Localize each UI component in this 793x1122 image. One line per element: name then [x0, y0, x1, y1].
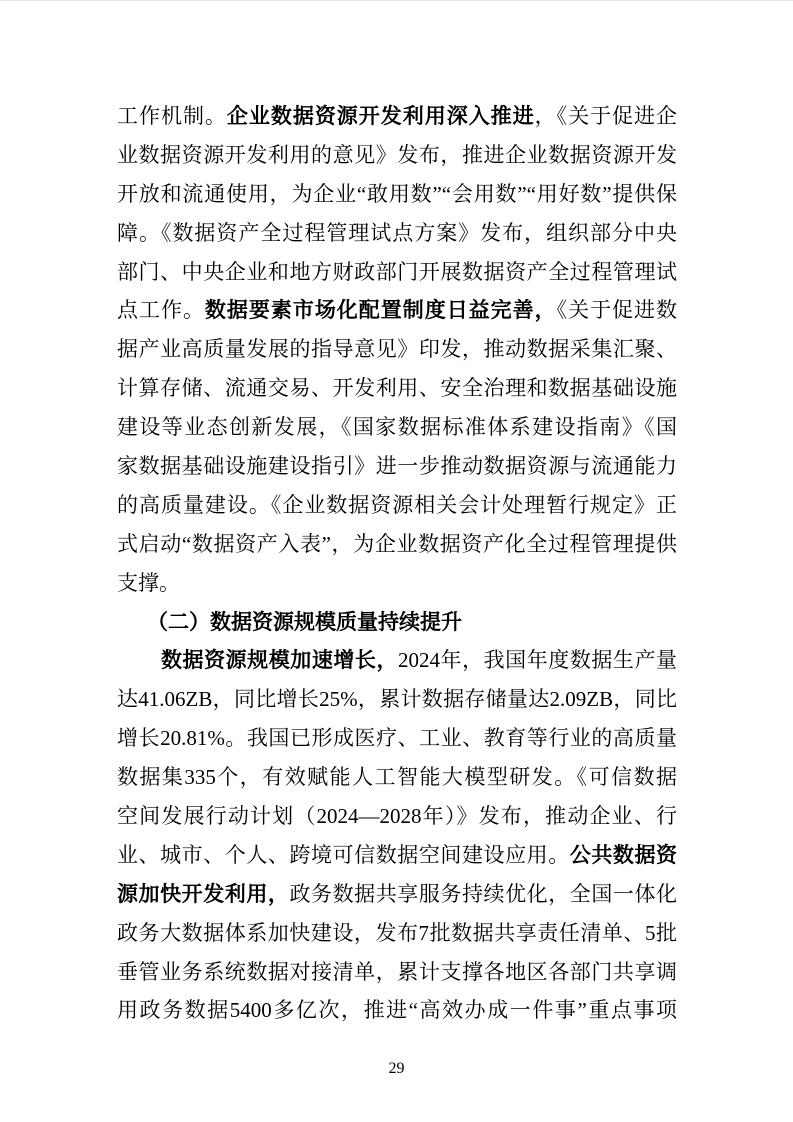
text-segment: 部门、中央企业和地方财政部门开展数据资产全过程管理试	[117, 260, 677, 284]
text-segment: 式启动“数据资产入表”，为企业数据资产化全过程管理提供	[117, 532, 677, 556]
text-segment: 空间发展行动计划（2024—2028年）》发布，推动企业、行	[117, 804, 677, 828]
bold-text-segment: 源加快开发利用，	[117, 882, 289, 906]
text-line-24: 用政务数据5400多亿次，推进“高效办成一件事”重点事项	[117, 991, 677, 1030]
text-line-22: 政务大数据体系加快建设，发布7批数据共享责任清单、5批	[117, 914, 677, 953]
document-page: 工作机制。企业数据资源开发利用深入推进，《关于促进企业数据资源开发利用的意见》发…	[0, 0, 793, 1122]
text-segment: 2024年，我国年度数据生产量	[398, 648, 677, 672]
text-line-12: 式启动“数据资产入表”，为企业数据资产化全过程管理提供	[117, 525, 677, 564]
text-segment: 数据集335个，有效赋能人工智能大模型研发。《可信数据	[117, 765, 677, 789]
bold-text-segment: （二）数据资源规模质量持续提升	[147, 610, 462, 634]
text-segment: 业数据资源开发利用的意见》发布，推进企业数据资源开发	[117, 143, 677, 167]
section-heading: （二）数据资源规模质量持续提升	[117, 603, 677, 642]
text-line-13: 支撑。	[117, 564, 677, 603]
text-segment: 政务数据共享服务持续优化，全国一体化	[289, 882, 677, 906]
text-segment: ，《关于促进企	[535, 104, 677, 128]
text-line-9: 建设等业态创新发展，《国家数据标准体系建设指南》《国	[117, 408, 677, 447]
text-line-2: 业数据资源开发利用的意见》发布，推进企业数据资源开发	[117, 136, 677, 175]
bold-text-segment: 企业数据资源开发利用深入推进	[227, 104, 535, 128]
page-number: 29	[0, 1059, 793, 1079]
text-line-18: 数据集335个，有效赋能人工智能大模型研发。《可信数据	[117, 758, 677, 797]
bold-text-segment: 数据资源规模加速增长，	[161, 648, 398, 672]
text-line-6: 点工作。数据要素市场化配置制度日益完善，《关于促进数	[117, 291, 677, 330]
text-segment: 计算存储、流通交易、开发利用、安全治理和数据基础设施	[117, 376, 677, 400]
text-line-4: 障。《数据资产全过程管理试点方案》发布，组织部分中央	[117, 214, 677, 253]
text-segment: 支撑。	[117, 571, 180, 595]
text-line-10: 家数据基础设施建设指引》进一步推动数据资源与流通能力	[117, 447, 677, 486]
text-segment: 开放和流通使用，为企业“敢用数”“会用数”“用好数”提供保	[117, 182, 677, 206]
text-line-8: 计算存储、流通交易、开发利用、安全治理和数据基础设施	[117, 369, 677, 408]
text-segment: 政务大数据体系加快建设，发布7批数据共享责任清单、5批	[117, 921, 677, 945]
text-line-19: 空间发展行动计划（2024—2028年）》发布，推动企业、行	[117, 797, 677, 836]
text-line-15: 数据资源规模加速增长，2024年，我国年度数据生产量	[117, 641, 677, 680]
text-segment: 据产业高质量发展的指导意见》印发，推动数据采集汇聚、	[117, 337, 677, 361]
text-segment: 业、城市、个人、跨境可信数据空间建设应用。	[117, 843, 570, 867]
body-text: 工作机制。企业数据资源开发利用深入推进，《关于促进企业数据资源开发利用的意见》发…	[117, 97, 677, 1030]
text-segment: 增长20.81%。我国已形成医疗、工业、教育等行业的高质量	[117, 726, 677, 750]
text-segment: 家数据基础设施建设指引》进一步推动数据资源与流通能力	[117, 454, 677, 478]
text-segment: 障。《数据资产全过程管理试点方案》发布，组织部分中央	[117, 221, 677, 245]
text-segment: 工作机制。	[117, 104, 227, 128]
text-line-1: 工作机制。企业数据资源开发利用深入推进，《关于促进企	[117, 97, 677, 136]
text-segment: 点工作。	[117, 298, 205, 322]
text-line-20: 业、城市、个人、跨境可信数据空间建设应用。公共数据资	[117, 836, 677, 875]
text-segment: 垂管业务系统数据对接清单，累计支撑各地区各部门共享调	[117, 960, 677, 984]
text-segment: 达41.06ZB，同比增长25%，累计数据存储量达2.09ZB，同比	[117, 687, 677, 711]
text-line-7: 据产业高质量发展的指导意见》印发，推动数据采集汇聚、	[117, 330, 677, 369]
text-segment: 《关于促进数	[557, 298, 677, 322]
bold-text-segment: 公共数据资	[570, 843, 677, 867]
text-segment: 的高质量建设。《企业数据资源相关会计处理暂行规定》正	[117, 493, 677, 517]
text-line-3: 开放和流通使用，为企业“敢用数”“会用数”“用好数”提供保	[117, 175, 677, 214]
text-line-16: 达41.06ZB，同比增长25%，累计数据存储量达2.09ZB，同比	[117, 680, 677, 719]
text-segment: 建设等业态创新发展，《国家数据标准体系建设指南》《国	[117, 415, 677, 439]
text-line-11: 的高质量建设。《企业数据资源相关会计处理暂行规定》正	[117, 486, 677, 525]
text-segment: 用政务数据5400多亿次，推进“高效办成一件事”重点事项	[117, 998, 677, 1022]
text-line-21: 源加快开发利用，政务数据共享服务持续优化，全国一体化	[117, 875, 677, 914]
text-line-5: 部门、中央企业和地方财政部门开展数据资产全过程管理试	[117, 253, 677, 292]
text-line-23: 垂管业务系统数据对接清单，累计支撑各地区各部门共享调	[117, 953, 677, 992]
text-line-17: 增长20.81%。我国已形成医疗、工业、教育等行业的高质量	[117, 719, 677, 758]
bold-text-segment: 数据要素市场化配置制度日益完善，	[205, 298, 557, 322]
